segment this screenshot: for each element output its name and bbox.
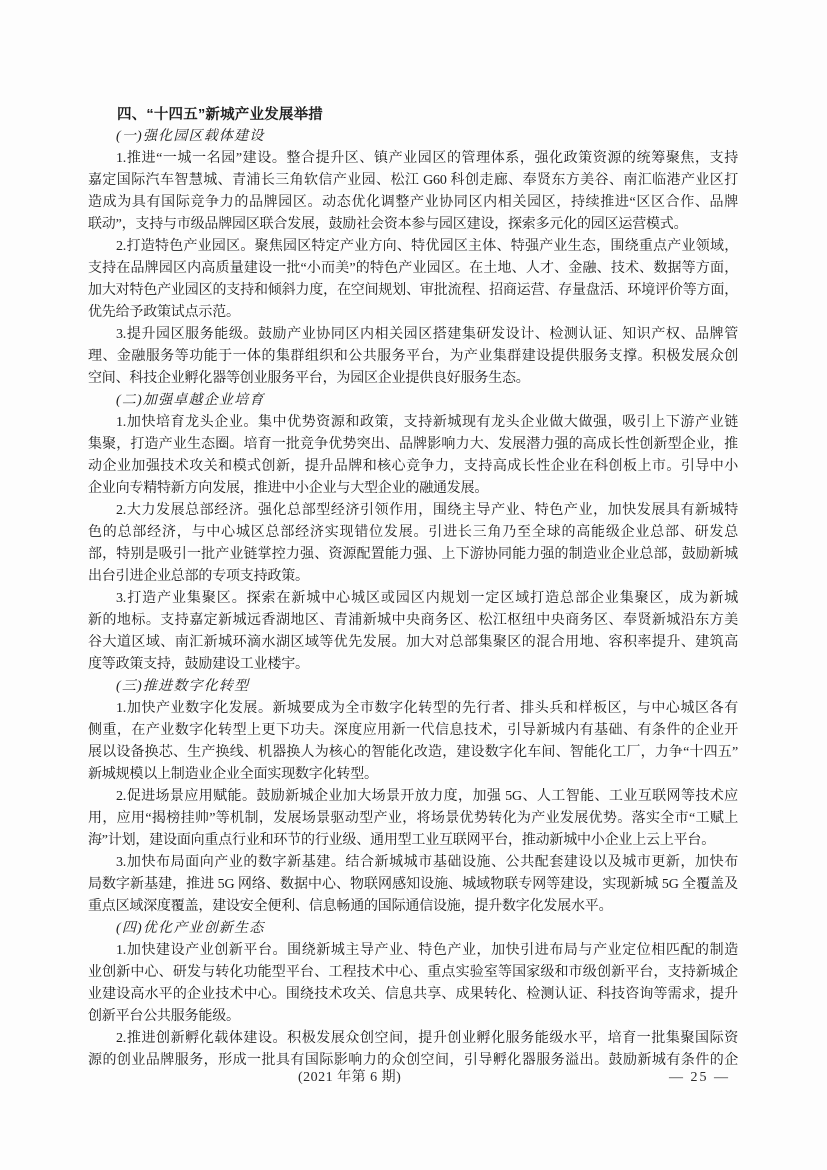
text-line: 业建设高水平的企业技术中心。围绕技术攻关、信息共享、成果转化、检测认证、科技咨询… — [88, 984, 738, 1006]
text-line: 侧重，在产业数字化转型上更下功夫。深度应用新一代信息技术，引导新城内有基础、有条… — [88, 720, 738, 742]
text-line: 企业向专精特新方向发展，推进中小企业与大型企业的融通发展。 — [88, 478, 738, 500]
text-line: 1.加快建设产业创新平台。围绕新城主导产业、特色产业，加快引进布局与产业定位相匹… — [88, 940, 738, 962]
section-heading-3: (三)推进数字化转型 — [88, 676, 738, 698]
text-line: 海”计划，建设面向重点行业和环节的行业级、通用型工业互联网平台，推动新城中小企业… — [88, 830, 738, 852]
text-line: 新城规模以上制造业企业全面实现数字化转型。 — [88, 764, 738, 786]
section-heading-4: (四)优化产业创新生态 — [88, 918, 738, 940]
text-line: 理、金融服务等功能于一体的集群组织和公共服务平台，为产业集群建设提供服务支撑。积… — [88, 346, 738, 368]
page-number: — 25 — — [669, 1068, 730, 1088]
text-line: 优先给予政策试点示范。 — [88, 302, 738, 324]
text-line: 展以设备换芯、生产换线、机器换人为核心的智能化改造，建设数字化车间、智能化工厂，… — [88, 742, 738, 764]
text-line: 1.推进“一城一名园”建设。整合提升区、镇产业园区的管理体系，强化政策资源的统筹… — [88, 148, 738, 170]
text-line: 嘉定国际汽车智慧城、青浦长三角软信产业园、松江 G60 科创走廊、奉贤东方美谷、… — [88, 170, 738, 192]
text-line: 3.加快布局面向产业的数字新基建。结合新城城市基础设施、公共配套建设以及城市更新… — [88, 852, 738, 874]
text-line: 3.提升园区服务能级。鼓励产业协同区内相关园区搭建集研发设计、检测认证、知识产权… — [88, 324, 738, 346]
text-line: 局数字新基建，推进 5G 网络、数据中心、物联网感知设施、城域物联专网等建设，实… — [88, 874, 738, 896]
text-line: 重点区域深度覆盖，建设安全便利、信息畅通的国际通信设施，提升数字化发展水平。 — [88, 896, 738, 918]
document-page: 四、“十四五”新城产业发展举措 (一)强化园区载体建设 1.推进“一城一名园”建… — [0, 0, 827, 1170]
text-line: 造成为具有国际竞争力的品牌园区。动态优化调整产业协同区内相关园区，持续推进“区区… — [88, 192, 738, 214]
text-line: 加大对特色产业园区的支持和倾斜力度，在空间规划、审批流程、招商运营、存量盘活、环… — [88, 280, 738, 302]
text-line: 2.大力发展总部经济。强化总部型经济引领作用，围绕主导产业、特色产业，加快发展具… — [88, 500, 738, 522]
text-line: 支持在品牌园区内高质量建设一批“小而美”的特色产业园区。在土地、人才、金融、技术… — [88, 258, 738, 280]
article-body: 四、“十四五”新城产业发展举措 (一)强化园区载体建设 1.推进“一城一名园”建… — [88, 104, 738, 1072]
text-line: 色的总部经济，与中心城区总部经济实现错位发展。引进长三角乃至全球的高能级企业总部… — [88, 522, 738, 544]
text-line: 2.促进场景应用赋能。鼓励新城企业加大场景开放力度，加强 5G、人工智能、工业互… — [88, 786, 738, 808]
text-line: 动企业加强技术攻关和模式创新，提升品牌和核心竞争力，支持高成长性企业在科创板上市… — [88, 456, 738, 478]
text-line: 3.打造产业集聚区。探索在新城中心城区或园区内规划一定区域打造总部企业集聚区，成… — [88, 588, 738, 610]
text-line: 部，特别是吸引一批产业链掌控力强、资源配置能力强、上下游协同能力强的制造业企业总… — [88, 544, 738, 566]
section-heading-2: (二)加强卓越企业培育 — [88, 390, 738, 412]
text-line: 新的地标。支持嘉定新城远香湖地区、青浦新城中央商务区、松江枢纽中央商务区、奉贤新… — [88, 610, 738, 632]
text-line: 1.加快培育龙头企业。集中优势资源和政策，支持新城现有龙头企业做大做强，吸引上下… — [88, 412, 738, 434]
article-heading: 四、“十四五”新城产业发展举措 — [88, 104, 738, 126]
text-line: 1.加快产业数字化发展。新城要成为全市数字化转型的先行者、排头兵和样板区，与中心… — [88, 698, 738, 720]
text-line: 度等政策支持，鼓励建设工业楼宇。 — [88, 654, 738, 676]
text-line: 联动”，支持与市级品牌园区联合发展，鼓励社会资本参与园区建设，探索多元化的园区运… — [88, 214, 738, 236]
text-line: 2.打造特色产业园区。聚焦园区特定产业方向、特优园区主体、特强产业生态，围绕重点… — [88, 236, 738, 258]
text-line: 谷大道区域、南汇新城环滴水湖区域等优先发展。加大对总部集聚区的混合用地、容积率提… — [88, 632, 738, 654]
text-line: 2.推进创新孵化载体建设。积极发展众创空间，提升创业孵化服务能级水平，培育一批集… — [88, 1028, 738, 1050]
text-line: 源的创业品牌服务，形成一批具有国际影响力的众创空间，引导孵化器服务溢出。鼓励新城… — [88, 1050, 738, 1072]
text-line: 集聚，打造产业生态圈。培育一批竞争优势突出、品牌影响力大、发展潜力强的高成长性创… — [88, 434, 738, 456]
text-line: 出台引进企业总部的专项支持政策。 — [88, 566, 738, 588]
text-line: 空间、科技企业孵化器等创业服务平台，为园区企业提供良好服务生态。 — [88, 368, 738, 390]
text-line: 用，应用“揭榜挂帅”等机制，发展场景驱动型产业，将场景优势转化为产业发展优势。落… — [88, 808, 738, 830]
text-line: 业创新中心、研发与转化功能型平台、工程技术中心、重点实验室等国家级和市级创新平台… — [88, 962, 738, 984]
journal-issue-label: (2021 年第 6 期) — [298, 1068, 401, 1088]
section-heading-1: (一)强化园区载体建设 — [88, 126, 738, 148]
text-line: 创新平台公共服务能级。 — [88, 1006, 738, 1028]
